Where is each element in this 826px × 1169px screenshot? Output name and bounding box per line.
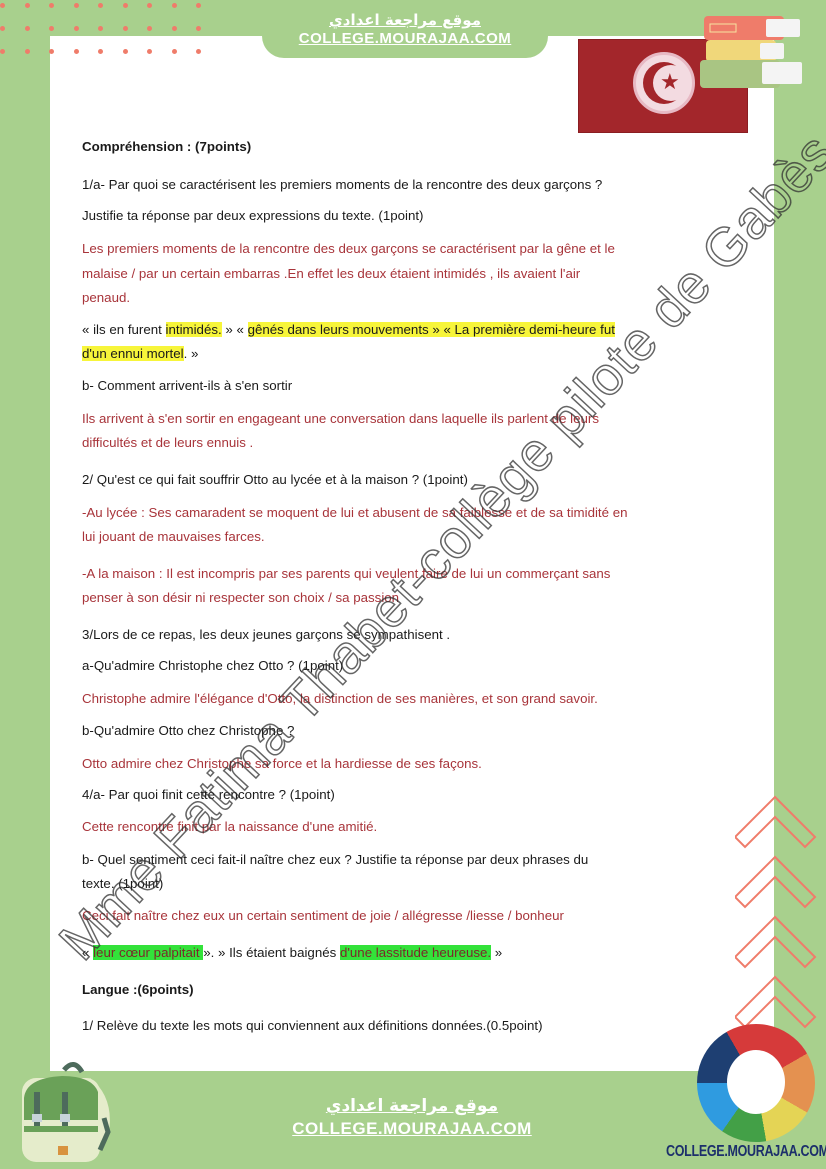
decorative-dot bbox=[147, 3, 152, 8]
question-langue-1: 1/ Relève du texte les mots qui convienn… bbox=[82, 1018, 543, 1033]
decorative-dot bbox=[98, 26, 103, 31]
decorative-dot bbox=[49, 3, 54, 8]
books-stack-icon bbox=[700, 14, 806, 94]
decorative-dot bbox=[74, 49, 79, 54]
answer-1a-line3: penaud. bbox=[82, 290, 130, 305]
site-url[interactable]: COLLEGE.MOURAJAA.COM bbox=[262, 30, 548, 48]
answer-2-line4: penser à son désir ni respecter son choi… bbox=[82, 590, 399, 605]
question-1b: b- Comment arrivent-ils à s'en sortir bbox=[82, 378, 292, 393]
question-1a-justify: Justifie ta réponse par deux expressions… bbox=[82, 208, 423, 223]
answer-1b-line1: Ils arrivent à s'en sortir en engageant … bbox=[82, 411, 599, 426]
question-3b: b-Qu'admire Otto chez Christophe ? bbox=[82, 723, 294, 738]
brand-label[interactable]: COLLEGE.MOURAJAA.COM bbox=[666, 1142, 822, 1160]
answer-3b: Otto admire chez Christophe sa force et … bbox=[82, 756, 482, 771]
site-name-arabic: موقع مراجعة اعدادي bbox=[262, 1096, 562, 1116]
answer-2-line3: -A la maison : Il est incompris par ses … bbox=[82, 566, 610, 581]
decorative-dot bbox=[147, 26, 152, 31]
question-3a: a-Qu'admire Christophe chez Otto ? (1poi… bbox=[82, 658, 343, 673]
quotes-1a-line1: « ils en furent intimidés. » « gênés dan… bbox=[82, 322, 615, 337]
decorative-dot bbox=[172, 26, 177, 31]
decorative-dot bbox=[98, 49, 103, 54]
answer-2-line1: -Au lycée : Ses camaradent se moquent de… bbox=[82, 505, 628, 520]
decorative-dot bbox=[0, 49, 5, 54]
answer-4a: Cette rencontre finit par la naissance d… bbox=[82, 819, 377, 834]
left-frame-strip bbox=[2, 36, 50, 1169]
highlight-quote: d'une lassitude heureuse. bbox=[340, 945, 491, 960]
decorative-dot bbox=[196, 49, 201, 54]
decorative-dot bbox=[98, 3, 103, 8]
highlight-quote: gênés dans leurs mouvements » « La premi… bbox=[248, 322, 615, 337]
decorative-dot bbox=[49, 49, 54, 54]
answer-4b: Ceci fait naître chez eux un certain sen… bbox=[82, 908, 564, 923]
decorative-dot bbox=[49, 26, 54, 31]
highlight-quote: leur cœur palpitait bbox=[93, 945, 203, 960]
quotes-4b: « leur cœur palpitait ». » Ils étaient b… bbox=[82, 945, 502, 960]
decorative-dot bbox=[0, 3, 5, 8]
decorative-dot bbox=[25, 3, 30, 8]
answer-1a-line2: malaise / par un certain embarras .En ef… bbox=[82, 266, 580, 281]
decorative-dot bbox=[196, 26, 201, 31]
answer-1b-line2: difficultés et de leurs ennuis . bbox=[82, 435, 253, 450]
highlight-quote: d'un ennui mortel bbox=[82, 346, 184, 361]
site-header-tab: موقع مراجعة اعدادي COLLEGE.MOURAJAA.COM bbox=[262, 0, 548, 58]
school-subjects-wheel-icon bbox=[697, 1024, 815, 1142]
section-title-langue: Langue :(6points) bbox=[82, 982, 194, 997]
decorative-dot bbox=[172, 49, 177, 54]
site-name-arabic: موقع مراجعة اعدادي bbox=[262, 10, 548, 30]
highlight-quote: intimidés. bbox=[166, 322, 222, 337]
decorative-dot bbox=[172, 3, 177, 8]
section-title-comprehension: Compréhension : (7points) bbox=[82, 139, 251, 154]
decorative-dot bbox=[25, 49, 30, 54]
question-1a: 1/a- Par quoi se caractérisent les premi… bbox=[82, 177, 602, 192]
decorative-dot bbox=[74, 26, 79, 31]
site-footer-tab: موقع مراجعة اعدادي COLLEGE.MOURAJAA.COM bbox=[262, 1074, 562, 1169]
question-4b-line1: b- Quel sentiment ceci fait-il naître ch… bbox=[82, 852, 588, 867]
question-3: 3/Lors de ce repas, les deux jeunes garç… bbox=[82, 627, 450, 642]
decorative-dot bbox=[0, 26, 5, 31]
decorative-dot bbox=[123, 3, 128, 8]
decorative-dot bbox=[123, 49, 128, 54]
decorative-dot bbox=[196, 3, 201, 8]
decorative-dot bbox=[74, 3, 79, 8]
backpack-icon bbox=[12, 1058, 112, 1166]
answer-3a: Christophe admire l'élégance d'Otto, la … bbox=[82, 691, 598, 706]
decorative-dot bbox=[147, 49, 152, 54]
decorative-dot bbox=[123, 26, 128, 31]
question-2: 2/ Qu'est ce qui fait souffrir Otto au l… bbox=[82, 472, 468, 487]
answer-1a-line1: Les premiers moments de la rencontre des… bbox=[82, 241, 615, 256]
quotes-1a-line2: d'un ennui mortel. » bbox=[82, 346, 198, 361]
up-chevrons-icon bbox=[735, 793, 817, 1043]
decorative-dot bbox=[25, 26, 30, 31]
site-url[interactable]: COLLEGE.MOURAJAA.COM bbox=[262, 1120, 562, 1138]
question-4b-line2: texte. (1point) bbox=[82, 876, 163, 891]
question-4a: 4/a- Par quoi finit cette rencontre ? (1… bbox=[82, 787, 335, 802]
answer-2-line2: lui jouant de mauvaises farces. bbox=[82, 529, 265, 544]
